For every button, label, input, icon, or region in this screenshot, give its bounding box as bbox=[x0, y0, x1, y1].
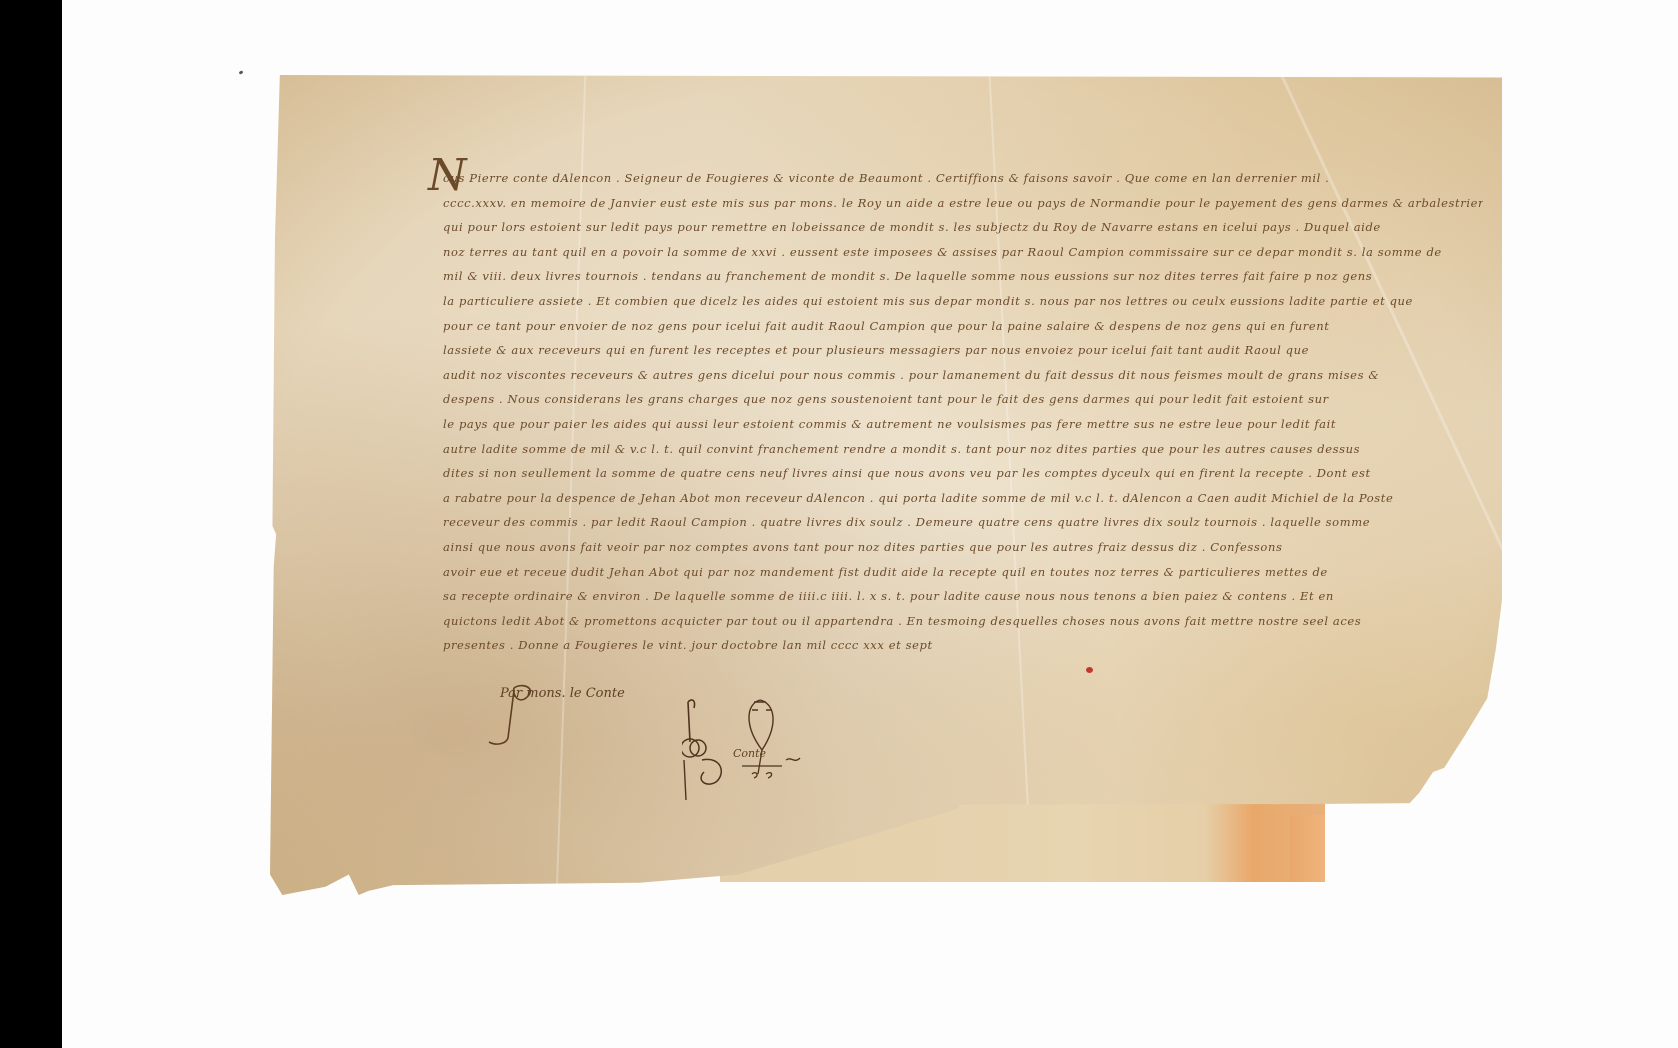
closing-text: Par mons. le Conte bbox=[500, 686, 625, 701]
text-line: ous Pierre conte dAlencon . Seigneur de … bbox=[443, 166, 1483, 191]
text-line: sa recepte ordinaire & environ . De laqu… bbox=[443, 584, 1483, 609]
text-line: a rabatre pour la despence de Jehan Abot… bbox=[443, 486, 1483, 511]
text-line: ainsi que nous avons fait veoir par noz … bbox=[443, 535, 1483, 560]
text-line: qui pour lors estoient sur ledit pays po… bbox=[443, 215, 1483, 240]
text-line: avoir eue et receue dudit Jehan Abot qui… bbox=[443, 560, 1483, 585]
text-line: dites si non seullement la somme de quat… bbox=[443, 461, 1483, 486]
text-line: la particuliere assiete . Et combien que… bbox=[443, 289, 1483, 314]
text-line: autre ladite somme de mil & v.c l. t. qu… bbox=[443, 437, 1483, 462]
text-line: le pays que pour paier les aides qui aus… bbox=[443, 412, 1483, 437]
red-wax-stain bbox=[1086, 667, 1093, 673]
text-line: mil & viii. deux livres tournois . tenda… bbox=[443, 264, 1483, 289]
signature-label: Conte bbox=[733, 747, 766, 760]
text-line: presentes . Donne a Fougieres le vint. j… bbox=[443, 633, 1483, 658]
text-line: lassiete & aux receveurs qui en furent l… bbox=[443, 338, 1483, 363]
text-line: quictons ledit Abot & promettons acquict… bbox=[443, 609, 1483, 634]
orange-stained-strip bbox=[1290, 815, 1325, 882]
text-line: receveur des commis . par ledit Raoul Ca… bbox=[443, 510, 1483, 535]
text-line: despens . Nous considerans les grans cha… bbox=[443, 387, 1483, 412]
left-black-bar bbox=[0, 0, 62, 1048]
text-line: noz terres au tant quil en a povoir la s… bbox=[443, 240, 1483, 265]
text-line: pour ce tant pour envoier de noz gens po… bbox=[443, 314, 1483, 339]
text-line: cccc.xxxv. en memoire de Janvier eust es… bbox=[443, 191, 1483, 216]
signature-paraph-icon bbox=[682, 690, 822, 800]
manuscript-text: ous Pierre conte dAlencon . Seigneur de … bbox=[443, 166, 1483, 658]
text-line: audit noz viscontes receveurs & autres g… bbox=[443, 363, 1483, 388]
